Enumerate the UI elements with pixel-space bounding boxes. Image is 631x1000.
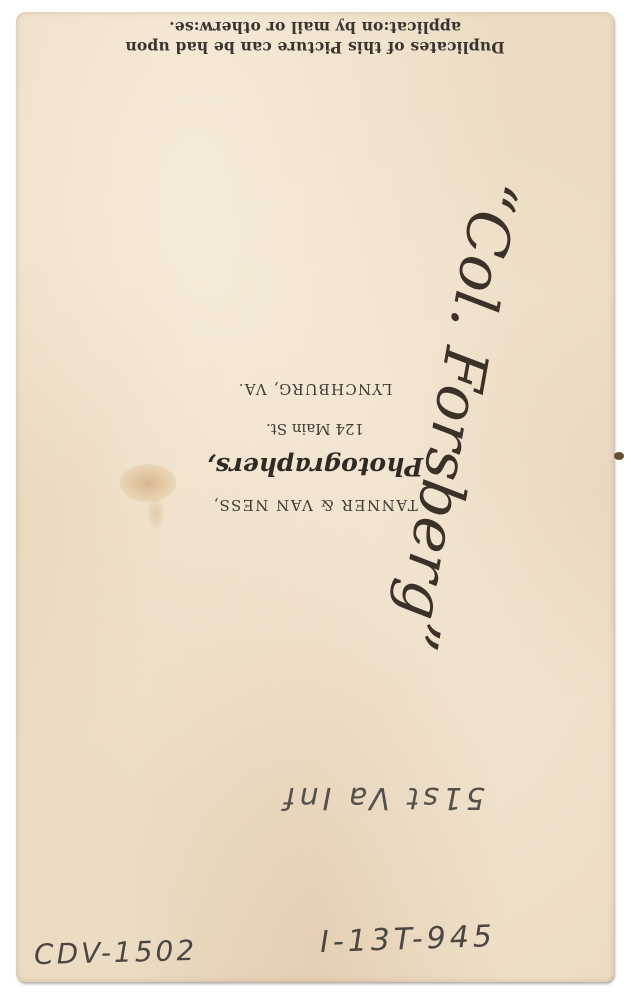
studio-city: LYNCHBURG, VA. xyxy=(200,380,430,398)
duplicates-notice-line-2: applicat:on by mail or otherw:se. xyxy=(110,18,520,37)
water-stain-drip xyxy=(148,498,164,528)
catalog-number-right: I-13T-945 xyxy=(319,919,496,960)
duplicates-notice-line-1: Duplicates of this Picture can be had up… xyxy=(80,38,550,57)
photo-canvas: Duplicates of this Picture can be had up… xyxy=(0,0,631,1000)
studio-title: Photographers, xyxy=(190,452,440,481)
catalog-number-left: CDV-1502 xyxy=(34,934,198,971)
studio-street: 124 Main St. xyxy=(220,420,410,438)
handwritten-unit-note: 51st Va Inf xyxy=(248,780,518,815)
ink-spot xyxy=(614,452,624,460)
water-stain xyxy=(120,464,176,502)
